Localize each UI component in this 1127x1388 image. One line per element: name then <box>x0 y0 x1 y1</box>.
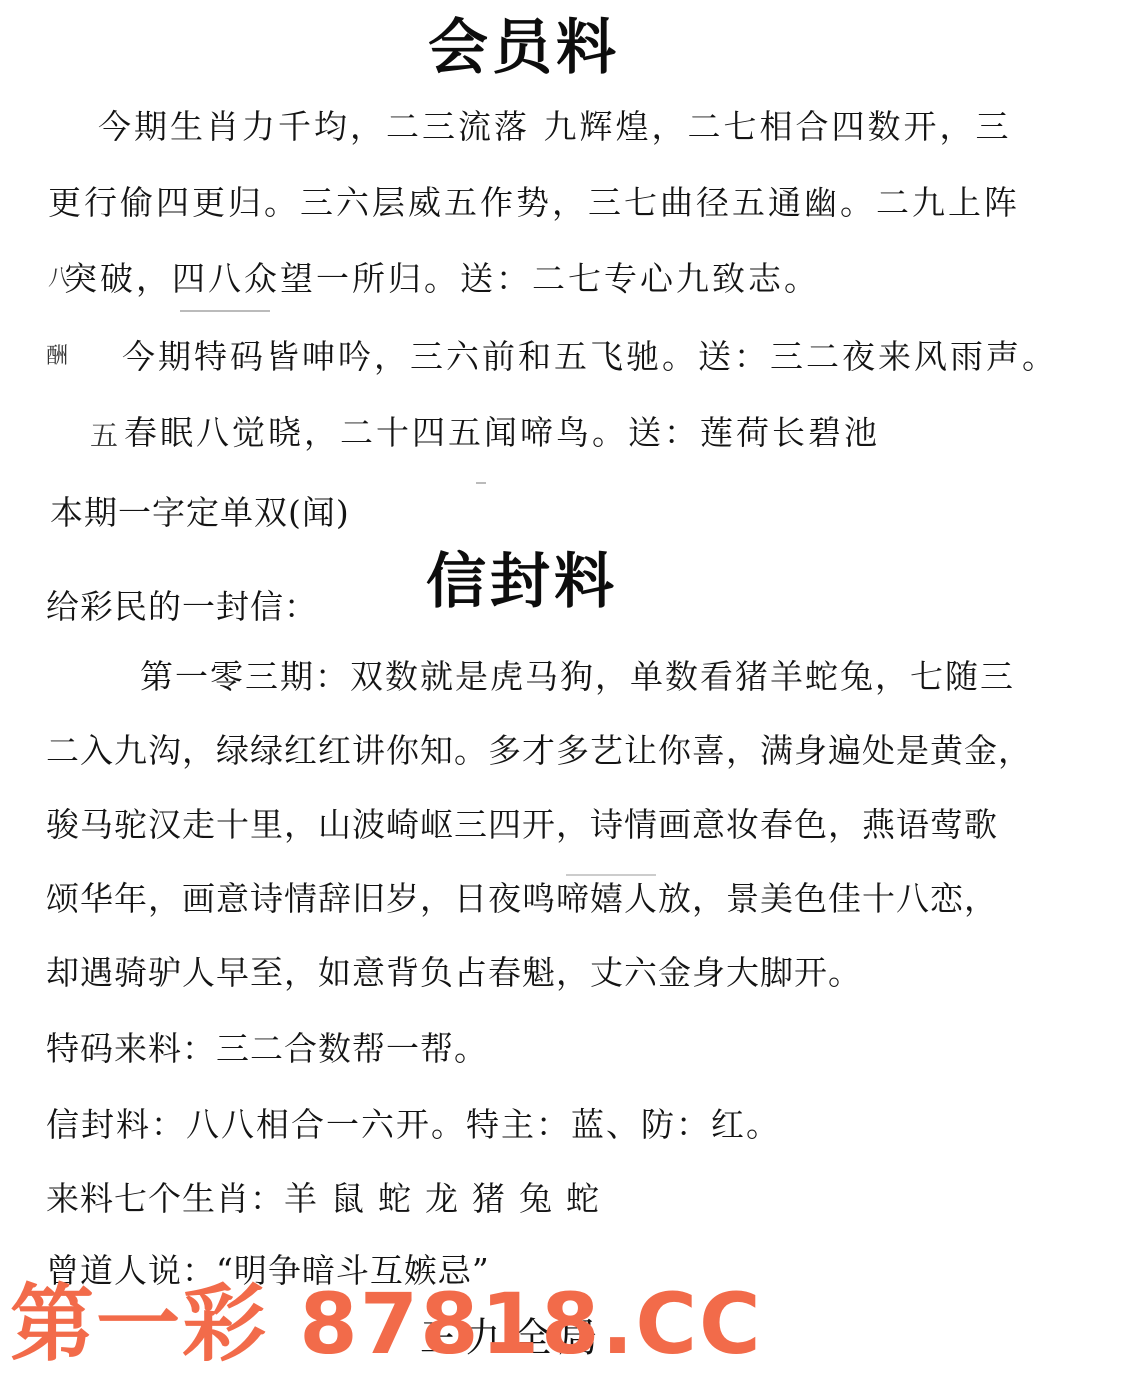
scan-artifact <box>180 310 270 312</box>
member-line-5-fragment: 五 <box>90 422 118 450</box>
zodiac-item: 蛇 <box>566 1179 613 1218</box>
zodiac-list: 羊鼠蛇龙猪兔蛇 <box>284 1179 613 1218</box>
site-watermark: 第一彩 87818.CC <box>10 1282 763 1366</box>
member-section-title: 会员料 <box>428 18 620 78</box>
member-line-4: 今期特码皆呻吟，三六前和五飞驰。送：三二夜来风雨声。 <box>122 340 1058 373</box>
zodiac-item: 鼠 <box>331 1179 378 1218</box>
member-line-3: 突破，四八众望一所归。送：二七专心九致志。 <box>64 262 820 295</box>
letter-line-3: 骏马驼汉走十里，山波崎岖三四开，诗情画意妆春色，燕语莺歌 <box>46 808 998 841</box>
zodiac-item: 龙 <box>425 1179 472 1218</box>
scan-artifact <box>476 482 486 484</box>
seven-zodiacs-label: 来料七个生肖： <box>46 1179 284 1218</box>
letter-intro-label: 给彩民的一封信： <box>46 590 318 623</box>
member-line-5: 春眠八觉晓，二十四五闻啼鸟。送：莲荷长碧池 <box>124 416 880 449</box>
envelope-note-line: 信封料：八八相合一六开。特主：蓝、防：红。 <box>46 1108 781 1141</box>
zodiac-item: 蛇 <box>378 1179 425 1218</box>
zodiac-item: 兔 <box>519 1179 566 1218</box>
letter-line-1: 第一零三期：双数就是虎马狗，单数看猪羊蛇兔，七随三 <box>140 660 1015 693</box>
seven-zodiacs-line: 来料七个生肖：羊鼠蛇龙猪兔蛇 <box>46 1182 613 1215</box>
member-line-4-fragment: 酬 <box>46 346 68 368</box>
special-code-line: 特码来料：三二合数帮一帮。 <box>46 1032 488 1065</box>
scanned-document-page: 会员料 今期生肖力千均，二三流落 九辉煌，二七相合四数开，三 更行偷四更归。三六… <box>0 0 1127 1388</box>
member-line-2: 更行偷四更归。三六层威五作势，三七曲径五通幽。二九上阵 <box>48 186 1020 219</box>
zodiac-item: 羊 <box>284 1179 331 1218</box>
zodiac-item: 猪 <box>472 1179 519 1218</box>
letter-line-2: 二入九沟，绿绿红红讲你知。多才多艺让你喜，满身遍处是黄金， <box>46 734 1032 767</box>
envelope-section-title: 信封料 <box>426 552 618 612</box>
letter-line-4: 颂华年，画意诗情辞旧岁，日夜鸣啼嬉人放，景美色佳十八恋， <box>46 882 998 915</box>
member-line-1: 今期生肖力千均，二三流落 九辉煌，二七相合四数开，三 <box>98 110 1012 143</box>
letter-line-5: 却遇骑驴人早至，如意背负占春魁，丈六金身大脚开。 <box>46 956 862 989</box>
scan-artifact <box>566 874 656 876</box>
member-line-6: 本期一字定单双(闻) <box>50 496 350 529</box>
